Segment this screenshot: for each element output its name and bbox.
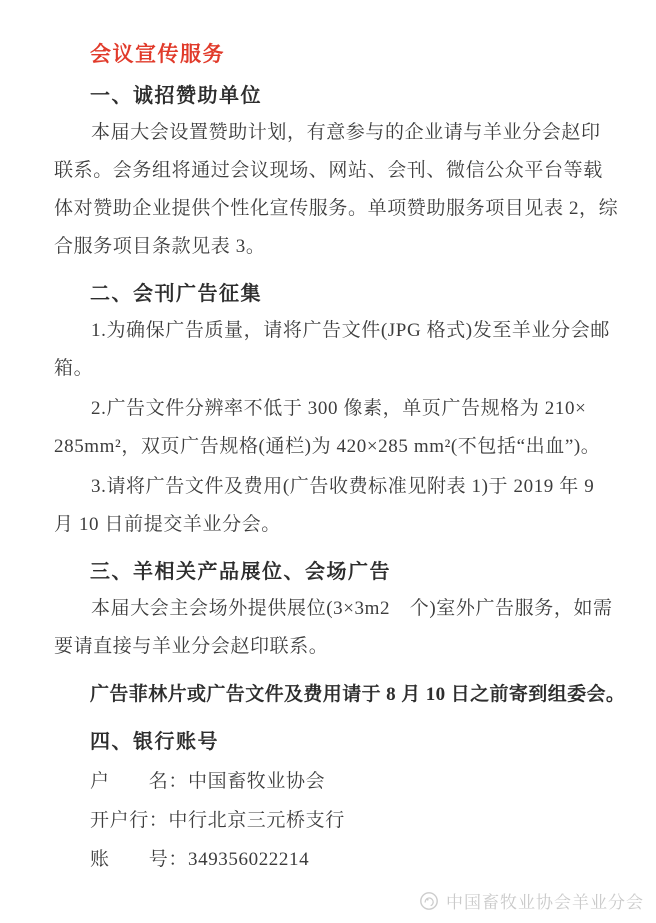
document-page: 会议宣传服务 一、诚招赞助单位 本届大会设置赞助计划，有意参与的企业请与羊业分会…	[0, 0, 656, 923]
paragraph-line: 体对赞助企业提供个性化宣传服务。单项赞助服务项目见表 2，综	[54, 190, 616, 228]
paragraph-line: 285mm²，双页广告规格(通栏)为 420×285 mm²(不包括“出血”)。	[54, 428, 616, 466]
bank-account-block: 户 名：中国畜牧业协会 开户行：中行北京三元桥支行 账 号：3493560222…	[54, 762, 616, 879]
section-3-heading: 三、羊相关产品展位、会场广告	[90, 558, 616, 586]
sheep-logo-icon	[419, 891, 439, 911]
section-1-paragraph: 本届大会设置赞助计划，有意参与的企业请与羊业分会赵印 联系。会务组将通过会议现场…	[54, 114, 616, 266]
bank-account-number: 账 号：349356022214	[54, 840, 616, 879]
footer-brand: 中国畜牧业协会羊业分会	[419, 888, 644, 913]
deadline-notice: 广告菲林片或广告文件及费用请于 8 月 10 日之前寄到组委会。	[90, 676, 616, 714]
section-2-item-3: 3.请将广告文件及费用(广告收费标准见附表 1)于 2019 年 9 月 10 …	[54, 468, 616, 544]
bank-branch: 开户行：中行北京三元桥支行	[54, 801, 616, 840]
paragraph-line: 联系。会务组将通过会议现场、网站、会刊、微信公众平台等载	[54, 152, 616, 190]
bank-account-name: 户 名：中国畜牧业协会	[54, 762, 616, 801]
section-4-heading: 四、银行账号	[90, 728, 616, 756]
section-1-heading: 一、诚招赞助单位	[90, 82, 616, 110]
paragraph-line: 合服务项目条款见表 3。	[54, 228, 616, 266]
paragraph-line: 月 10 日前提交羊业分会。	[54, 506, 616, 544]
section-2-item-1: 1.为确保广告质量，请将广告文件(JPG 格式)发至羊业分会邮 箱。	[54, 312, 616, 388]
paragraph-line: 3.请将广告文件及费用(广告收费标准见附表 1)于 2019 年 9	[54, 468, 616, 506]
section-3-paragraph: 本届大会主会场外提供展位(3×3m2 个)室外广告服务，如需 要请直接与羊业分会…	[54, 590, 616, 666]
paragraph-line: 1.为确保广告质量，请将广告文件(JPG 格式)发至羊业分会邮	[54, 312, 616, 350]
paragraph-line: 2.广告文件分辨率不低于 300 像素，单页广告规格为 210×	[54, 390, 616, 428]
paragraph-line: 箱。	[54, 350, 616, 388]
paragraph-line: 要请直接与羊业分会赵印联系。	[54, 628, 616, 666]
section-2-item-2: 2.广告文件分辨率不低于 300 像素，单页广告规格为 210× 285mm²，…	[54, 390, 616, 466]
page-title: 会议宣传服务	[90, 42, 616, 68]
paragraph-line: 本届大会主会场外提供展位(3×3m2 个)室外广告服务，如需	[54, 590, 616, 628]
footer-brand-text: 中国畜牧业协会羊业分会	[446, 888, 644, 913]
section-2-heading: 二、会刊广告征集	[90, 280, 616, 308]
paragraph-line: 本届大会设置赞助计划，有意参与的企业请与羊业分会赵印	[54, 114, 616, 152]
